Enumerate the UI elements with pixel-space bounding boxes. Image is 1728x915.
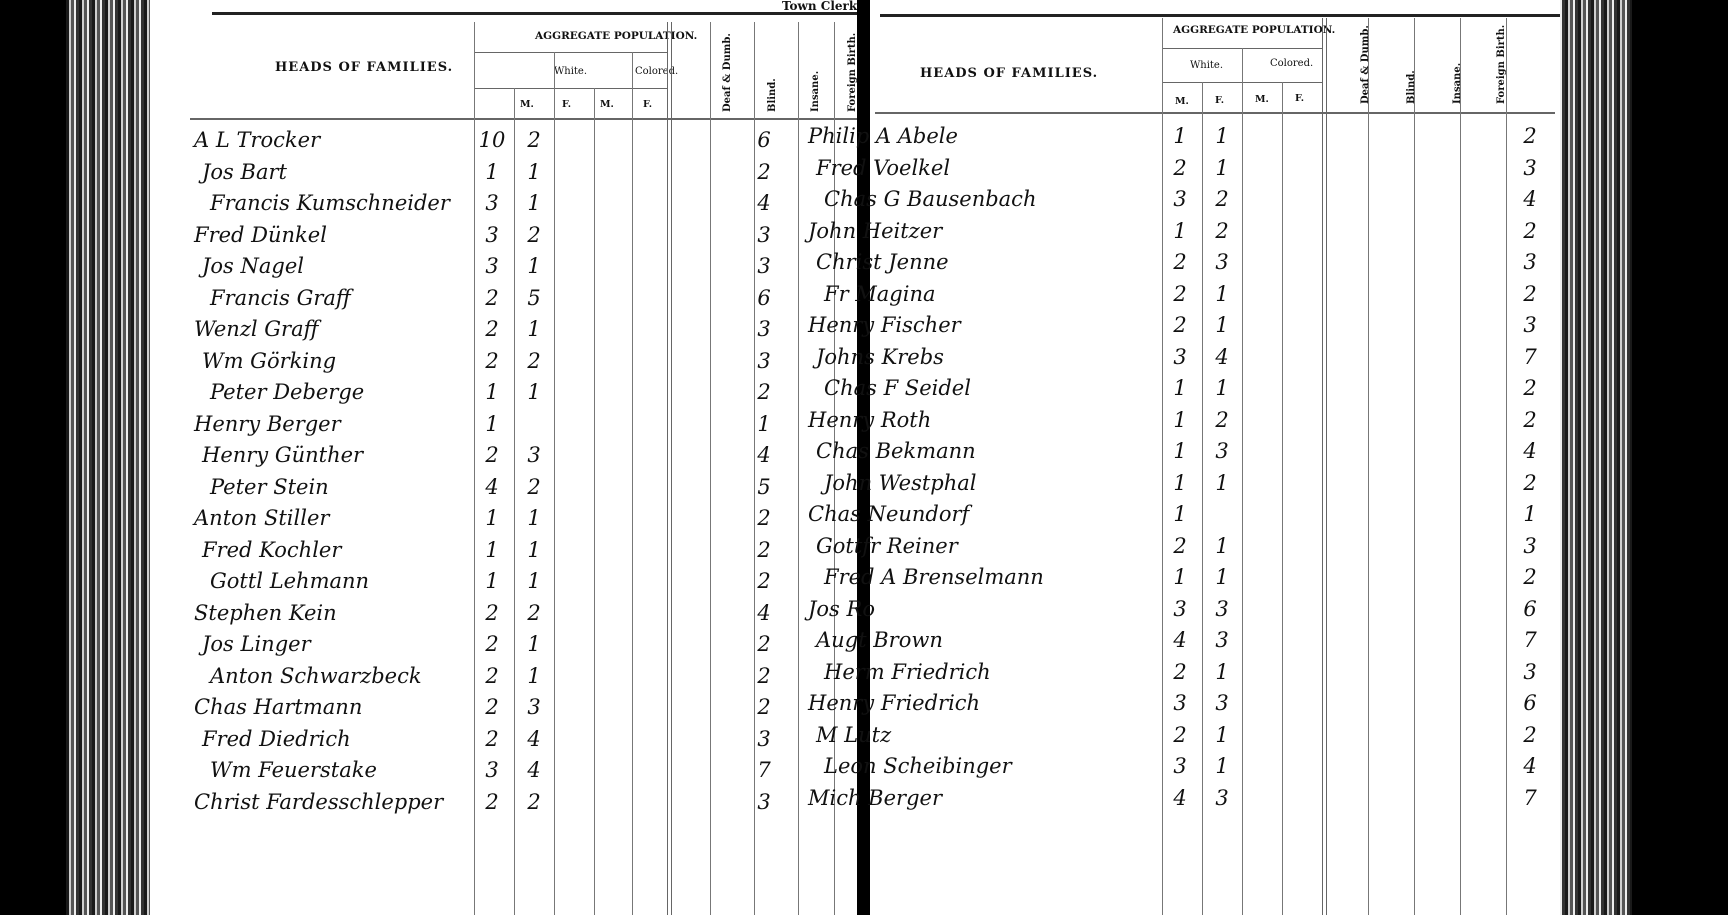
white-male-count: 2 xyxy=(478,349,506,373)
white-male-count: 4 xyxy=(1166,628,1194,652)
table-row: Wm Feuerstake347 xyxy=(150,758,862,790)
table-row: Anton Schwarzbeck212 xyxy=(150,664,862,696)
white-male-count: 2 xyxy=(478,664,506,688)
white-male-count: 3 xyxy=(1166,754,1194,778)
table-row: Henry Roth122 xyxy=(870,408,1560,440)
colored-f-header: F. xyxy=(643,99,652,110)
table-row: Mich Berger437 xyxy=(870,786,1560,818)
white-female-count: 1 xyxy=(1208,376,1236,400)
white-male-count: 2 xyxy=(478,727,506,751)
foreign-birth-count: 2 xyxy=(750,632,778,656)
head-of-family-name: Mich Berger xyxy=(808,786,942,810)
table-row: John Westphal112 xyxy=(870,471,1560,503)
table-row: Christ Jenne233 xyxy=(870,250,1560,282)
table-row: Henry Friedrich336 xyxy=(870,691,1560,723)
rule xyxy=(475,52,667,53)
foreign-birth-count: 7 xyxy=(1516,628,1544,652)
head-of-family-name: John Heitzer xyxy=(808,219,942,243)
table-row: Chas Hartmann232 xyxy=(150,695,862,727)
right-page: HEADS OF FAMILIES. AGGREGATE POPULATION.… xyxy=(870,0,1560,915)
head-of-family-name: Peter Stein xyxy=(210,475,329,499)
white-female-count: 2 xyxy=(520,128,548,152)
foreign-birth-count: 3 xyxy=(750,254,778,278)
white-female-count: 1 xyxy=(1208,723,1236,747)
foreign-birth-count: 2 xyxy=(1516,376,1544,400)
foreign-birth-count: 4 xyxy=(750,601,778,625)
foreign-birth-count: 4 xyxy=(1516,439,1544,463)
table-row: Chas Bekmann134 xyxy=(870,439,1560,471)
foreign-birth-count: 3 xyxy=(1516,534,1544,558)
white-m-header: M. xyxy=(520,99,534,110)
head-of-family-name: Christ Jenne xyxy=(816,250,949,274)
white-male-count: 2 xyxy=(478,790,506,814)
head-of-family-name: Gottfr Reiner xyxy=(816,534,958,558)
white-female-count: 1 xyxy=(520,380,548,404)
table-row: Anton Stiller112 xyxy=(150,506,862,538)
table-row: Fred Diedrich243 xyxy=(150,727,862,759)
foreign-birth-count: 4 xyxy=(750,191,778,215)
head-of-family-name: Anton Stiller xyxy=(194,506,329,530)
white-female-count: 2 xyxy=(1208,187,1236,211)
white-male-count: 1 xyxy=(1166,439,1194,463)
foreign-birth-count: 2 xyxy=(750,569,778,593)
foreign-birth-count: 6 xyxy=(1516,691,1544,715)
white-female-count: 3 xyxy=(1208,439,1236,463)
table-row: Jos Bart112 xyxy=(150,160,862,192)
white-female-count: 1 xyxy=(520,538,548,562)
head-of-family-name: Chas G Bausenbach xyxy=(824,187,1036,211)
white-female-count: 3 xyxy=(520,695,548,719)
table-row: Stephen Kein224 xyxy=(150,601,862,633)
white-male-count: 1 xyxy=(478,538,506,562)
white-male-count: 3 xyxy=(1166,345,1194,369)
head-of-family-name: Philip A Abele xyxy=(808,124,958,148)
white-f-header: F. xyxy=(1215,95,1224,106)
foreign-birth-count: 3 xyxy=(750,790,778,814)
table-row: Fred A Brenselmann112 xyxy=(870,565,1560,597)
white-male-count: 4 xyxy=(1166,786,1194,810)
white-female-count: 3 xyxy=(1208,691,1236,715)
foreign-birth-count: 5 xyxy=(750,475,778,499)
colored-header: Colored. xyxy=(1270,58,1313,69)
table-row: Peter Stein425 xyxy=(150,475,862,507)
table-row: Augt Brown437 xyxy=(870,628,1560,660)
white-male-count: 1 xyxy=(478,412,506,436)
head-of-family-name: Johns Krebs xyxy=(816,345,944,369)
white-male-count: 2 xyxy=(1166,660,1194,684)
white-female-count: 2 xyxy=(520,790,548,814)
white-female-count: 1 xyxy=(1208,313,1236,337)
white-male-count: 2 xyxy=(478,317,506,341)
white-male-count: 4 xyxy=(478,475,506,499)
rule xyxy=(190,118,862,120)
table-row: Fr Magina212 xyxy=(870,282,1560,314)
table-row: Jos Ro336 xyxy=(870,597,1560,629)
white-male-count: 2 xyxy=(478,632,506,656)
head-of-family-name: Peter Deberge xyxy=(210,380,364,404)
table-row: Fred Voelkel213 xyxy=(870,156,1560,188)
white-male-count: 2 xyxy=(1166,156,1194,180)
foreign-birth-count: 2 xyxy=(1516,408,1544,432)
head-of-family-name: Wenzl Graff xyxy=(194,317,319,341)
deaf-dumb-header: Deaf & Dumb. xyxy=(1360,25,1371,104)
foreign-birth-count: 6 xyxy=(750,286,778,310)
aggregate-population-header: AGGREGATE POPULATION. xyxy=(535,30,697,42)
table-row: Gottl Lehmann112 xyxy=(150,569,862,601)
foreign-birth-count: 4 xyxy=(1516,754,1544,778)
foreign-birth-count: 2 xyxy=(750,538,778,562)
white-male-count: 1 xyxy=(478,506,506,530)
table-row: Johns Krebs347 xyxy=(870,345,1560,377)
head-of-family-name: Chas Bekmann xyxy=(816,439,976,463)
white-male-count: 2 xyxy=(1166,250,1194,274)
table-row: Henry Berger11 xyxy=(150,412,862,444)
table-row: Herm Friedrich213 xyxy=(870,660,1560,692)
white-male-count: 2 xyxy=(1166,723,1194,747)
foreign-birth-count: 3 xyxy=(1516,660,1544,684)
white-female-count: 3 xyxy=(1208,597,1236,621)
foreign-birth-count: 7 xyxy=(1516,786,1544,810)
white-male-count: 1 xyxy=(1166,565,1194,589)
heads-of-families-header: HEADS OF FAMILIES. xyxy=(920,66,1098,81)
white-female-count: 1 xyxy=(1208,156,1236,180)
foreign-birth-count: 3 xyxy=(750,223,778,247)
foreign-birth-count: 4 xyxy=(1516,187,1544,211)
header-rule xyxy=(212,12,862,15)
rule xyxy=(475,88,667,89)
white-female-count: 1 xyxy=(1208,754,1236,778)
white-male-count: 2 xyxy=(478,601,506,625)
head-of-family-name: Leon Scheibinger xyxy=(824,754,1012,778)
insane-header: Insane. xyxy=(1452,63,1463,104)
white-female-count: 1 xyxy=(520,191,548,215)
foreign-birth-count: 2 xyxy=(750,380,778,404)
foreign-birth-count: 2 xyxy=(1516,282,1544,306)
head-of-family-name: Francis Graff xyxy=(210,286,351,310)
foreign-birth-count: 1 xyxy=(750,412,778,436)
white-female-count: 2 xyxy=(1208,408,1236,432)
foreign-birth-count: 2 xyxy=(1516,565,1544,589)
white-female-count: 1 xyxy=(520,664,548,688)
head-of-family-name: Christ Fardesschlepper xyxy=(194,790,443,814)
foreign-birth-count: 6 xyxy=(750,128,778,152)
white-female-count: 2 xyxy=(520,349,548,373)
head-of-family-name: Henry Berger xyxy=(194,412,341,436)
table-row: Wm Görking223 xyxy=(150,349,862,381)
white-male-count: 1 xyxy=(1166,471,1194,495)
head-of-family-name: Jos Nagel xyxy=(202,254,304,278)
white-f-header: F. xyxy=(562,99,571,110)
white-female-count: 4 xyxy=(520,727,548,751)
white-header: White. xyxy=(1190,60,1223,71)
white-male-count: 2 xyxy=(1166,282,1194,306)
white-female-count: 1 xyxy=(1208,565,1236,589)
white-female-count: 1 xyxy=(1208,282,1236,306)
table-row: Peter Deberge112 xyxy=(150,380,862,412)
table-row: Fred Dünkel323 xyxy=(150,223,862,255)
foreign-birth-count: 3 xyxy=(750,349,778,373)
head-of-family-name: Henry Friedrich xyxy=(808,691,980,715)
foreign-birth-count: 2 xyxy=(750,664,778,688)
head-of-family-name: Herm Friedrich xyxy=(824,660,991,684)
foreign-birth-count: 7 xyxy=(750,758,778,782)
head-of-family-name: John Westphal xyxy=(824,471,977,495)
right-book-edge xyxy=(1552,0,1632,915)
foreign-birth-count: 2 xyxy=(750,695,778,719)
white-male-count: 1 xyxy=(1166,502,1194,526)
head-of-family-name: Anton Schwarzbeck xyxy=(210,664,422,688)
head-of-family-name: Fred Kochler xyxy=(202,538,341,562)
table-row: Wenzl Graff213 xyxy=(150,317,862,349)
head-of-family-name: Chas Hartmann xyxy=(194,695,362,719)
head-of-family-name: Fred Dünkel xyxy=(194,223,327,247)
head-of-family-name: Jos Ro xyxy=(808,597,875,621)
colored-f-header: F. xyxy=(1295,93,1304,104)
colored-m-header: M. xyxy=(1255,94,1269,105)
white-male-count: 10 xyxy=(478,128,506,152)
white-male-count: 3 xyxy=(478,191,506,215)
white-female-count: 3 xyxy=(520,443,548,467)
foreign-birth-count: 4 xyxy=(750,443,778,467)
white-female-count: 1 xyxy=(1208,534,1236,558)
rule xyxy=(875,112,1555,114)
white-male-count: 3 xyxy=(478,254,506,278)
head-of-family-name: Henry Günther xyxy=(202,443,363,467)
white-female-count: 3 xyxy=(1208,628,1236,652)
white-male-count: 1 xyxy=(1166,219,1194,243)
white-male-count: 2 xyxy=(478,443,506,467)
table-row: Francis Kumschneider314 xyxy=(150,191,862,223)
white-female-count: 3 xyxy=(1208,786,1236,810)
foreign-birth-count: 1 xyxy=(1516,502,1544,526)
head-of-family-name: Stephen Kein xyxy=(194,601,337,625)
foreign-birth-count: 2 xyxy=(750,160,778,184)
head-of-family-name: Fred Diedrich xyxy=(202,727,351,751)
white-male-count: 3 xyxy=(1166,691,1194,715)
foreign-birth-count: 2 xyxy=(1516,723,1544,747)
head-of-family-name: A L Trocker xyxy=(194,128,320,152)
white-male-count: 3 xyxy=(1166,597,1194,621)
table-row: John Heitzer122 xyxy=(870,219,1560,251)
head-of-family-name: Jos Linger xyxy=(202,632,311,656)
table-row: Henry Günther234 xyxy=(150,443,862,475)
white-female-count: 2 xyxy=(520,223,548,247)
white-female-count: 3 xyxy=(1208,250,1236,274)
white-male-count: 1 xyxy=(478,569,506,593)
foreign-birth-count: 2 xyxy=(1516,471,1544,495)
white-female-count: 4 xyxy=(1208,345,1236,369)
foreign-birth-count: 2 xyxy=(750,506,778,530)
table-row: Francis Graff256 xyxy=(150,286,862,318)
table-row: Christ Fardesschlepper223 xyxy=(150,790,862,822)
table-row: M Lutz212 xyxy=(870,723,1560,755)
foreign-birth-count: 3 xyxy=(750,317,778,341)
white-male-count: 3 xyxy=(478,758,506,782)
foreign-birth-count: 3 xyxy=(1516,250,1544,274)
aggregate-population-header: AGGREGATE POPULATION. xyxy=(1173,24,1335,36)
head-of-family-name: Gottl Lehmann xyxy=(210,569,369,593)
white-female-count: 2 xyxy=(520,601,548,625)
head-of-family-name: Fred A Brenselmann xyxy=(824,565,1044,589)
white-m-header: M. xyxy=(1175,96,1189,107)
white-male-count: 3 xyxy=(478,223,506,247)
foreign-birth-count: 3 xyxy=(750,727,778,751)
white-female-count: 1 xyxy=(1208,660,1236,684)
white-male-count: 1 xyxy=(478,380,506,404)
white-female-count: 5 xyxy=(520,286,548,310)
head-of-family-name: Chas F Seidel xyxy=(824,376,971,400)
table-row: Jos Linger212 xyxy=(150,632,862,664)
white-male-count: 2 xyxy=(478,695,506,719)
blind-header: Blind. xyxy=(767,78,778,112)
white-male-count: 3 xyxy=(1166,187,1194,211)
white-female-count: 1 xyxy=(520,317,548,341)
white-female-count: 1 xyxy=(520,160,548,184)
foreign-birth-count: 2 xyxy=(1516,124,1544,148)
table-row: Chas G Bausenbach324 xyxy=(870,187,1560,219)
white-female-count: 1 xyxy=(520,254,548,278)
table-row: Chas F Seidel112 xyxy=(870,376,1560,408)
heads-of-families-header: HEADS OF FAMILIES. xyxy=(275,60,453,75)
left-page: Town Clerk. HEADS OF FAMILIES. AGGREGATE… xyxy=(150,0,862,915)
foreign-birth-count: 3 xyxy=(1516,313,1544,337)
colored-m-header: M. xyxy=(600,99,614,110)
table-row: Philip A Abele112 xyxy=(870,124,1560,156)
white-male-count: 1 xyxy=(1166,124,1194,148)
foreign-birth-count: 7 xyxy=(1516,345,1544,369)
head-of-family-name: Augt Brown xyxy=(816,628,943,652)
head-of-family-name: M Lutz xyxy=(816,723,891,747)
white-header: White. xyxy=(554,66,587,77)
white-female-count: 4 xyxy=(520,758,548,782)
head-of-family-name: Henry Fischer xyxy=(808,313,961,337)
white-male-count: 2 xyxy=(478,286,506,310)
head-of-family-name: Fr Magina xyxy=(824,282,936,306)
white-female-count: 1 xyxy=(520,569,548,593)
header-rule xyxy=(880,14,1560,17)
white-male-count: 1 xyxy=(478,160,506,184)
table-row: Gottfr Reiner213 xyxy=(870,534,1560,566)
head-of-family-name: Francis Kumschneider xyxy=(210,191,450,215)
head-of-family-name: Wm Görking xyxy=(202,349,336,373)
head-of-family-name: Henry Roth xyxy=(808,408,931,432)
table-row: A L Trocker1026 xyxy=(150,128,862,160)
white-male-count: 2 xyxy=(1166,534,1194,558)
foreign-birth-count: 6 xyxy=(1516,597,1544,621)
foreign-birth-count: 3 xyxy=(1516,156,1544,180)
head-of-family-name: Chas Neundorf xyxy=(808,502,969,526)
blind-header: Blind. xyxy=(1406,70,1417,104)
white-male-count: 1 xyxy=(1166,408,1194,432)
head-of-family-name: Wm Feuerstake xyxy=(210,758,377,782)
white-female-count: 1 xyxy=(520,632,548,656)
white-female-count: 1 xyxy=(1208,471,1236,495)
white-female-count: 2 xyxy=(520,475,548,499)
insane-header: Insane. xyxy=(810,71,821,112)
white-female-count: 1 xyxy=(1208,124,1236,148)
table-row: Henry Fischer213 xyxy=(870,313,1560,345)
table-row: Chas Neundorf11 xyxy=(870,502,1560,534)
deaf-dumb-header: Deaf & Dumb. xyxy=(722,33,733,112)
head-of-family-name: Jos Bart xyxy=(202,160,287,184)
foreign-birth-count: 2 xyxy=(1516,219,1544,243)
head-of-family-name: Fred Voelkel xyxy=(816,156,950,180)
white-male-count: 2 xyxy=(1166,313,1194,337)
white-male-count: 1 xyxy=(1166,376,1194,400)
table-row: Fred Kochler112 xyxy=(150,538,862,570)
table-row: Jos Nagel313 xyxy=(150,254,862,286)
white-female-count: 1 xyxy=(520,506,548,530)
white-female-count: 2 xyxy=(1208,219,1236,243)
table-row: Leon Scheibinger314 xyxy=(870,754,1560,786)
